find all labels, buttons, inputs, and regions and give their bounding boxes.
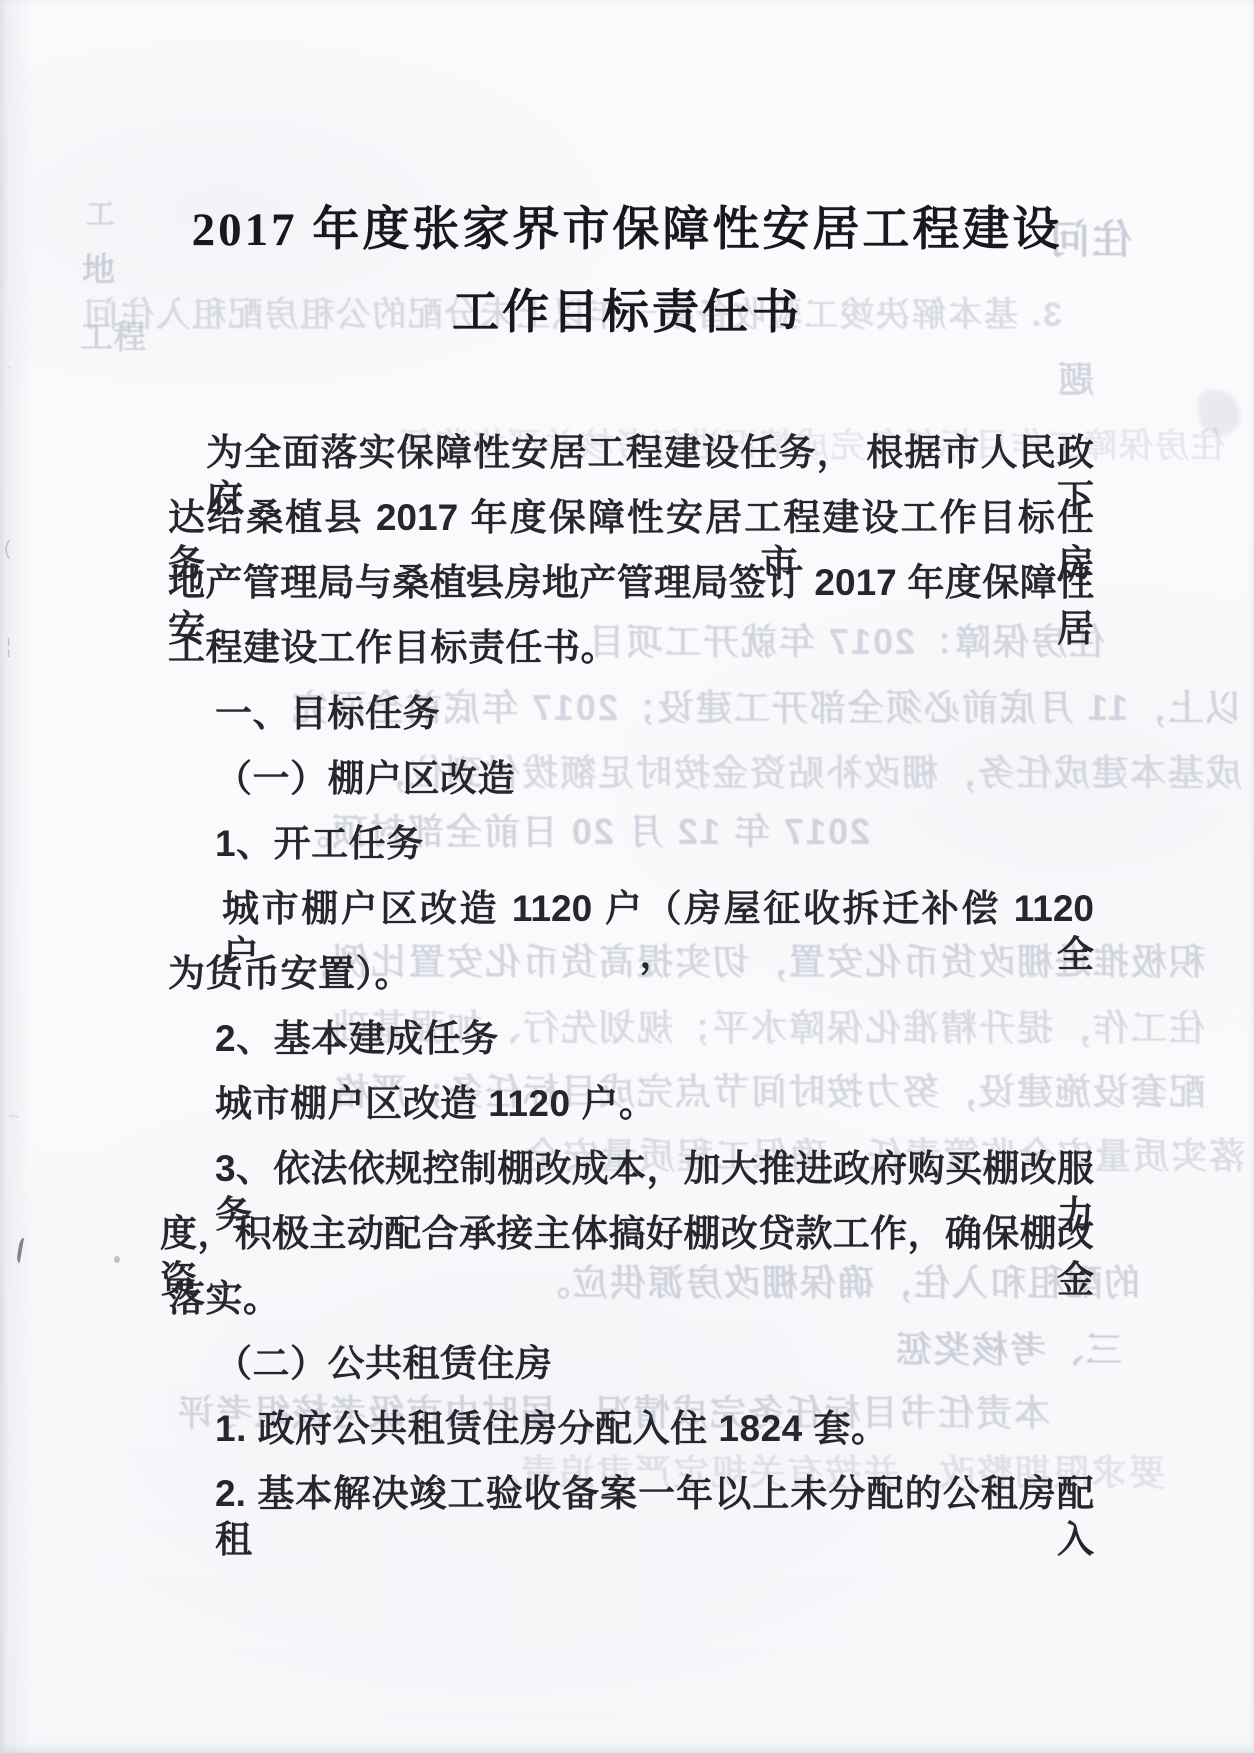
- pen-mark: [16, 1237, 28, 1263]
- body-line: 为货币安置）。: [168, 951, 412, 997]
- ink-blot: [1198, 390, 1240, 436]
- document-title-line-1: 2017 年度张家界市保障性安居工程建设: [0, 200, 1254, 260]
- edge-speck: (: [4, 538, 11, 561]
- edge-speck: ¦: [6, 636, 11, 659]
- body-line: 1. 政府公共租赁住房分配入住 1824 套。: [215, 1406, 889, 1452]
- section-heading: 一、目标任务: [215, 691, 440, 737]
- edge-speck: ·: [6, 356, 13, 379]
- ink-dot: [114, 1256, 120, 1263]
- item-heading: 1、开工任务: [215, 821, 424, 867]
- body-line: 城市棚户区改造 1120 户。: [215, 1081, 656, 1127]
- bleedthrough-line: 题: [1024, 358, 1094, 402]
- body-line: 2. 基本解决竣工验收备案一年以上未分配的公租房配租入: [215, 1471, 1094, 1563]
- scanned-document-page: 住问 3. 基本解决竣工验收备案一年以上未分配的公租房配租入住问 题 住房保障工…: [0, 0, 1254, 1753]
- bleedthrough-line: 2017 年 12 月 20 日前全部封顶。: [380, 810, 870, 854]
- subsection-heading: （一）棚户区改造: [215, 756, 515, 802]
- body-line: 度，积极主动配合承接主体搞好棚改贷款工作，确保棚改资金: [160, 1211, 1094, 1303]
- body-line: 工程建设工作目标责任书。: [168, 625, 618, 671]
- bleedthrough-line: 三、考核奖惩: [872, 1328, 1122, 1372]
- edge-speck: ~: [8, 1106, 20, 1129]
- document-title-line-2: 工作目标责任书: [0, 283, 1254, 343]
- item-heading: 2、基本建成任务: [215, 1016, 499, 1062]
- subsection-heading: （二）公共租赁住房: [215, 1341, 553, 1387]
- body-line: 落实。: [168, 1276, 281, 1322]
